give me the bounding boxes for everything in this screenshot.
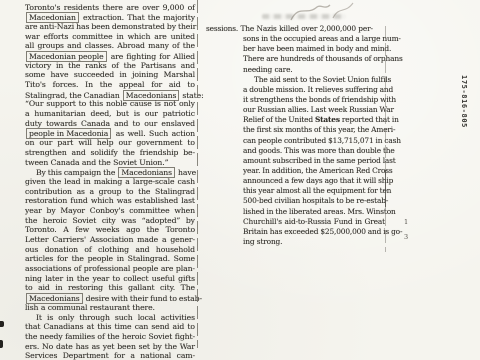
word: hospitals [302, 196, 334, 205]
word: that [340, 176, 355, 185]
text-line: victoryintheranksofthePartisansand [25, 61, 195, 71]
word: Union [347, 75, 369, 84]
word: of [84, 245, 91, 254]
word: It [36, 313, 42, 322]
word: lead [64, 177, 80, 186]
word: city [102, 216, 116, 225]
word: Such [149, 129, 168, 138]
word: There [243, 54, 264, 63]
word: ers. [25, 342, 39, 351]
word: only [58, 313, 74, 322]
word: useful [152, 274, 175, 283]
word: equipment [327, 186, 366, 195]
word: in [267, 207, 274, 216]
word: this [243, 186, 256, 195]
word: been [276, 44, 294, 53]
word: period [357, 156, 380, 165]
word: collect [123, 274, 148, 283]
text-line: year.Inaddition,theAmericanRedCross [243, 166, 385, 176]
word: almost [276, 186, 300, 195]
word: sessions. [206, 24, 238, 33]
scan-edge-mark [0, 340, 3, 348]
text-line: Stalingrad,theCanadianMacedoniansstate: [25, 90, 195, 100]
word: can [135, 322, 149, 331]
word: a [355, 34, 359, 43]
word: of [316, 54, 323, 63]
word: all [25, 41, 34, 50]
word: Stalingrad. [128, 254, 170, 263]
word: later [45, 274, 63, 283]
word: Russian [257, 105, 285, 114]
word: our [144, 119, 157, 128]
word: demonstrated [112, 22, 165, 31]
word: local [138, 313, 156, 322]
word: large [362, 34, 381, 43]
word: large-scale [133, 177, 175, 186]
word: double [249, 85, 274, 94]
word: to [113, 274, 121, 283]
word: duty [25, 119, 42, 128]
word: by [153, 342, 162, 351]
document-scan: Toronto'sresidentsthereareover9,000ofMac… [0, 0, 480, 360]
word: over [142, 3, 159, 12]
word: towards [46, 119, 77, 128]
word: cam- [177, 351, 195, 360]
word: “Our [25, 99, 43, 108]
word: but [116, 109, 129, 118]
word: part [57, 138, 73, 147]
word: Services [25, 351, 57, 360]
word: relieves [315, 85, 343, 94]
word: when [174, 206, 195, 215]
word: and [67, 41, 81, 50]
word: this [109, 283, 123, 292]
text-line: berhavebeenmaimedinbodyandmind. [243, 44, 385, 54]
word: estab- [179, 294, 202, 303]
word: thousands [325, 54, 362, 63]
word: have [178, 168, 196, 177]
word: mission. [276, 85, 306, 94]
word: contributed [284, 136, 326, 145]
word: ranks [85, 61, 106, 70]
word: have [50, 70, 68, 79]
word: The [254, 75, 268, 84]
word: efforts [43, 32, 68, 41]
word: will [78, 138, 92, 147]
text-line: ousdonationofclothingandhousehold [25, 245, 195, 255]
word: reported [342, 115, 374, 124]
text-line: contributionasagrouptotheStalingrad [25, 187, 195, 197]
text-line: ers.NodatehasasyetbeensetbytheWar [25, 342, 195, 352]
word: Britain [243, 227, 268, 236]
word: in [392, 115, 399, 124]
word: many [148, 41, 169, 50]
scan-edge-mark [0, 321, 4, 327]
word: amount [243, 156, 270, 165]
word: in [116, 32, 123, 41]
word: the [77, 274, 89, 283]
right-margin-rule-segment [385, 170, 387, 207]
word: goods. [258, 146, 282, 155]
word: people [88, 254, 113, 263]
word: The [241, 24, 255, 33]
word: fight- [175, 332, 195, 341]
word: Letter [25, 235, 48, 244]
word: action [172, 129, 195, 138]
word: committee [129, 206, 169, 215]
word: In [85, 80, 93, 89]
word: contribution [25, 187, 72, 196]
word: the [138, 187, 150, 196]
text-line: andgoods.Thiswasmorethandoublethe [243, 146, 385, 156]
word: Mrs. [347, 207, 364, 216]
text-line: strengthenandsolidifythefriendshipbe- [25, 148, 195, 158]
word: same [336, 156, 355, 165]
word: for [57, 254, 68, 263]
word: tween [25, 158, 48, 167]
word: “adopted” [142, 216, 181, 225]
word: this [89, 99, 103, 108]
word: $13,715,071 [328, 136, 373, 145]
word: Soviet [148, 332, 172, 341]
word: Canada [81, 119, 110, 128]
word: weeks [96, 225, 120, 234]
word: the [323, 156, 335, 165]
word: with [380, 95, 396, 104]
word: of [188, 3, 195, 12]
word: which [128, 32, 151, 41]
text-line: articlesforthepeopleinStalingrad.Some [25, 254, 195, 264]
text-line: Churchill'said-to-RussiaFundinGreat [243, 217, 385, 227]
word: and [243, 146, 256, 155]
word: double [356, 146, 381, 155]
word: and [72, 148, 86, 157]
word: occupied [284, 34, 317, 43]
text-line: Toronto'sresidentsthereareover9,000of [25, 3, 195, 13]
word: succeeded [74, 70, 114, 79]
word: A [63, 225, 68, 234]
word: a [162, 235, 166, 244]
word: the [305, 166, 317, 175]
word: This [284, 146, 299, 155]
word: addition, [272, 166, 304, 175]
word: our [243, 105, 255, 114]
word: friendship [140, 148, 179, 157]
word: families [65, 332, 95, 341]
word: Canada [51, 158, 80, 167]
word: in [314, 156, 321, 165]
word: is [47, 313, 53, 322]
word: friendship [341, 95, 378, 104]
word: than [338, 146, 354, 155]
text-line: Toronto.AfewweeksagotheToronto [25, 225, 195, 235]
word: the [68, 61, 80, 70]
word: deed, [91, 109, 112, 118]
word: the [98, 158, 110, 167]
text-line: amountsubscribedinthesameperiodlast [243, 156, 385, 166]
word: have [257, 44, 274, 53]
word: been [117, 342, 136, 351]
word: restoration [25, 196, 67, 205]
word: by [167, 22, 176, 31]
word: aid [270, 75, 281, 84]
word: Cross [372, 166, 392, 175]
word: cause [130, 99, 152, 108]
word: at [87, 322, 94, 331]
word: it [356, 176, 361, 185]
word: all [302, 186, 311, 195]
word: of [364, 54, 371, 63]
word: enslaved [161, 119, 195, 128]
word: in [55, 283, 62, 292]
word: the [25, 216, 37, 225]
word: week [328, 105, 347, 114]
word: maimed [296, 44, 325, 53]
text-line: areanti-Nazihasbeendemonstratedbytheir [25, 22, 195, 32]
word: No [42, 342, 53, 351]
word: year [92, 274, 109, 283]
word: heroic [122, 332, 146, 341]
word: In [262, 166, 269, 175]
word: orphans [373, 54, 402, 63]
word: was [117, 196, 132, 205]
word: per- [358, 24, 373, 33]
word: humanitarian [34, 109, 85, 118]
word: Conboy's [90, 206, 125, 215]
text-line: “Oursupporttothisnoblecauseisnotonly [25, 99, 195, 109]
word: Nazis [257, 24, 277, 33]
word: Red [356, 166, 370, 175]
word: appeal [119, 80, 144, 89]
word: the [124, 61, 136, 70]
word: Relief [243, 115, 264, 124]
word: Some [174, 254, 195, 263]
word: date [56, 342, 73, 351]
text-line: sessions.TheNaziskilledover2,000,000per- [206, 24, 385, 34]
word: Ameri- [371, 125, 395, 134]
text-line: yearbyMayorConboy'scommitteewhen [25, 206, 195, 216]
word: That [127, 13, 144, 22]
column-divider-rule [197, 0, 198, 348]
word: suffering [345, 85, 377, 94]
word: the [275, 115, 287, 124]
word: well. [128, 129, 146, 138]
word: Churchill's [243, 217, 282, 226]
word: the [183, 41, 195, 50]
word: The [181, 283, 195, 292]
text-line: dutytowardsCanadaandtoourenslaved [25, 119, 195, 129]
word: joining [132, 70, 158, 79]
word: Carriers' [52, 235, 86, 244]
word: by [186, 216, 195, 225]
word: is [155, 99, 161, 108]
text-line: Macedonian peoplearefightingforAllied [25, 51, 195, 61]
word: a [285, 176, 289, 185]
word: Association [90, 235, 133, 244]
word: the [275, 207, 287, 216]
text-line: TheaidsenttotheSovietUnionfulfils [243, 75, 385, 85]
word: sent [283, 75, 298, 84]
word: not [164, 99, 176, 108]
text-line: sonsintheoccupiedareasandalargenum- [243, 34, 385, 44]
text-line: Macedoniansdesirewiththeirfundtoestab- [25, 293, 195, 303]
word: needy [40, 332, 63, 341]
word: few [75, 225, 89, 234]
word: to [126, 187, 134, 196]
word: lish [25, 303, 38, 312]
text-line: associationsofprofessionalpeopleareplan- [25, 264, 195, 274]
word: year, [338, 125, 355, 134]
word: set [139, 342, 150, 351]
word: Great [365, 217, 385, 226]
word: to [187, 322, 195, 331]
word: the [270, 34, 282, 43]
text-line: ninglaterintheyeartocollectusefulgifts [25, 274, 195, 284]
text-line: giventheleadinmakingalarge-scalecash [25, 177, 195, 187]
word: desire [86, 294, 110, 303]
word: will [363, 176, 376, 185]
word: Toronto's [25, 3, 60, 12]
text-line: lishacommunalrestaurantthere. [25, 303, 195, 313]
word: government [136, 138, 182, 147]
word: this [48, 168, 62, 177]
word: 2,000,000 [320, 24, 356, 33]
word: year. [243, 166, 260, 175]
text-line: people in Macedoniaaswell.Suchaction [25, 128, 195, 138]
word: through [79, 313, 109, 322]
word: was [121, 216, 136, 225]
word: few [291, 176, 304, 185]
word: plan- [176, 264, 195, 273]
word: of [314, 125, 321, 134]
word: which [91, 196, 114, 205]
word: groups [37, 41, 63, 50]
word: of [74, 264, 81, 273]
word: to [25, 283, 33, 292]
word: as [116, 129, 124, 138]
word: the [123, 148, 135, 157]
word: lished [243, 207, 265, 216]
word: patriotic [163, 109, 195, 118]
word: that [25, 322, 40, 331]
word: the [243, 125, 255, 134]
word: our [145, 109, 158, 118]
word: activities [161, 313, 195, 322]
text-line: canpeoplecontributed$13,715,071incash [243, 136, 385, 146]
word: Winston [366, 207, 396, 216]
word: and [82, 158, 96, 167]
word: killed [279, 24, 299, 33]
word: six [273, 125, 283, 134]
word: year [25, 206, 42, 215]
word: Fund [334, 217, 353, 226]
word: Stalingrad [155, 187, 195, 196]
word: national [140, 351, 171, 360]
word: the [49, 177, 61, 186]
word: allies. [288, 105, 309, 114]
word: the [165, 342, 177, 351]
word: and [355, 44, 368, 53]
word: Abroad [117, 41, 145, 50]
word: aid [173, 322, 185, 331]
word: for [151, 80, 162, 89]
word: Partisans [141, 61, 176, 70]
word: in [376, 136, 383, 145]
word: to [300, 75, 307, 84]
word: ing [243, 237, 254, 246]
word: some [25, 70, 45, 79]
word: classes. [85, 41, 114, 50]
word: go- [391, 227, 402, 236]
word: ago [126, 225, 140, 234]
word: Last [311, 105, 326, 114]
text-line: ahumanitariandeed,butisourpatriotic [25, 109, 195, 119]
text-line: onourpartwillhelpourgovernmentto [25, 138, 195, 148]
word: Toronto [166, 225, 195, 234]
word: and [114, 119, 128, 128]
word: campaign [64, 168, 101, 177]
word: areas [318, 34, 338, 43]
word: exceeded [284, 227, 318, 236]
word: fighting [126, 52, 156, 61]
word: first [257, 125, 272, 134]
word: state: [182, 91, 203, 100]
word: are [154, 32, 167, 41]
word: and [135, 245, 149, 254]
word: days [306, 176, 323, 185]
word: for [159, 52, 170, 61]
text-line: Tito'sforces.Intheappealforaidto [25, 80, 195, 90]
word: cash [178, 177, 195, 186]
word: aid-to-Russia [284, 217, 331, 226]
word: to [336, 196, 343, 205]
word: household [156, 245, 195, 254]
text-line: thatCanadiansatthistimecansendaidto [25, 322, 195, 332]
word: the [309, 75, 321, 84]
word: mind. [371, 44, 391, 53]
word: to [133, 119, 141, 128]
word: a [25, 109, 29, 118]
text-line: adoublemission.Itrelievessufferingand [243, 85, 385, 95]
word: war [25, 32, 40, 41]
print-smudge [262, 14, 346, 19]
word: care. [274, 65, 292, 74]
handwritten-mark [287, 0, 357, 26]
word: for [367, 186, 377, 195]
word: united [171, 32, 195, 41]
word: ous [25, 245, 38, 254]
word: a [90, 187, 94, 196]
word: Soviet [113, 158, 137, 167]
word: made [137, 235, 158, 244]
word: are [25, 22, 38, 31]
text-line: ServicesDepartmentforanationalcam- [25, 351, 195, 360]
text-line: 500-bedcivilianhospitalstobere-estab- [243, 196, 385, 206]
word: the [148, 13, 160, 22]
word: in [261, 34, 268, 43]
text-line: theneedyfamiliesoftheheroicSovietfight- [25, 332, 195, 342]
word: noble [106, 99, 127, 108]
word: a [243, 85, 247, 94]
word: hundreds [280, 54, 314, 63]
text-line: thefirstsixmonthsofthisyear,theAmeri- [243, 125, 385, 135]
word: Tito's [25, 80, 46, 89]
word: as [77, 187, 85, 196]
word: of [172, 41, 179, 50]
word: articles [25, 254, 53, 263]
word: It [307, 85, 313, 94]
word: group [99, 187, 122, 196]
